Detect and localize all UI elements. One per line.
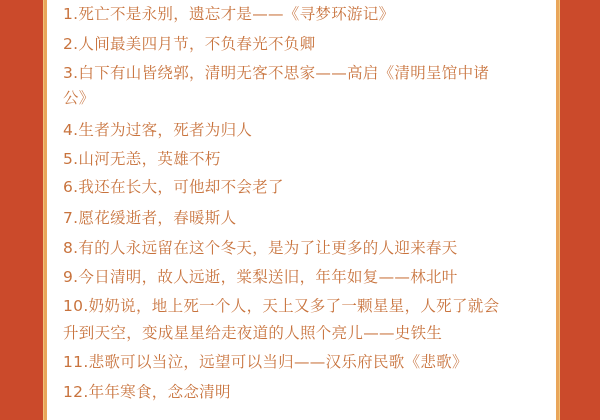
quote-item-2: 2.人间最美四月节，不负春光不负卿 xyxy=(63,34,315,54)
quote-text: 悲歌可以当泣，远望可以当归——汉乐府民歌《悲歌》 xyxy=(89,353,468,371)
quote-item-10-continuation: 升到天空，变成星星给走夜道的人照个亮儿——史铁生 xyxy=(63,323,442,343)
quote-item-7: 7.愿花缓逝者，春暖斯人 xyxy=(63,208,236,228)
quote-number: 3. xyxy=(63,64,78,82)
quote-text: 愿花缓逝者，春暖斯人 xyxy=(78,209,236,227)
quote-number: 11. xyxy=(63,353,89,371)
quote-number: 7. xyxy=(63,209,78,227)
quote-item-5: 5.山河无恙，英雄不朽 xyxy=(63,149,221,169)
quote-text-continued: 公》 xyxy=(63,89,95,107)
quote-text: 我还在长大，可他却不会老了 xyxy=(78,178,283,196)
quote-item-8: 8.有的人永远留在这个冬天，是为了让更多的人迎来春天 xyxy=(63,238,458,258)
quote-item-4: 4.生者为过客，死者为归人 xyxy=(63,120,252,140)
quote-number: 1. xyxy=(63,5,78,23)
quote-number: 2. xyxy=(63,35,78,53)
quote-number: 12. xyxy=(63,383,89,400)
quote-text-continued: 升到天空，变成星星给走夜道的人照个亮儿——史铁生 xyxy=(63,324,442,342)
quote-text: 奶奶说，地上死一个人，天上又多了一颗星星，人死了就会 xyxy=(89,297,500,315)
quote-number: 10. xyxy=(63,297,89,315)
quote-text: 白下有山皆绕郭，清明无客不思家——高启《清明呈馆中诸 xyxy=(78,64,489,82)
red-frame-background: 1.死亡不是永别，遗忘才是——《寻梦环游记》 2.人间最美四月节，不负春光不负卿… xyxy=(0,0,600,400)
quote-text: 生者为过客，死者为归人 xyxy=(78,121,252,139)
quote-text: 今日清明，故人远逝，棠梨送旧，年年如复——林北叶 xyxy=(78,268,457,286)
quote-item-1: 1.死亡不是永别，遗忘才是——《寻梦环游记》 xyxy=(63,4,394,24)
quote-number: 4. xyxy=(63,121,78,139)
quote-item-9: 9.今日清明，故人远逝，棠梨送旧，年年如复——林北叶 xyxy=(63,267,458,287)
quote-number: 6. xyxy=(63,178,78,196)
quote-number: 9. xyxy=(63,268,78,286)
quote-item-12: 12.年年寒食，念念清明 xyxy=(63,382,231,400)
quote-number: 8. xyxy=(63,239,78,257)
quote-item-6: 6.我还在长大，可他却不会老了 xyxy=(63,177,284,197)
quote-item-3-continuation: 公》 xyxy=(63,88,95,108)
quote-text: 山河无恙，英雄不朽 xyxy=(78,150,220,168)
quote-text: 年年寒食，念念清明 xyxy=(89,383,231,400)
quote-text: 人间最美四月节，不负春光不负卿 xyxy=(78,35,315,53)
quote-text: 有的人永远留在这个冬天，是为了让更多的人迎来春天 xyxy=(78,239,457,257)
quote-item-11: 11.悲歌可以当泣，远望可以当归——汉乐府民歌《悲歌》 xyxy=(63,352,468,372)
quote-item-3: 3.白下有山皆绕郭，清明无客不思家——高启《清明呈馆中诸 xyxy=(63,63,489,83)
quote-item-10: 10.奶奶说，地上死一个人，天上又多了一颗星星，人死了就会 xyxy=(63,296,499,316)
quote-number: 5. xyxy=(63,150,78,168)
quote-text: 死亡不是永别，遗忘才是——《寻梦环游记》 xyxy=(78,5,394,23)
